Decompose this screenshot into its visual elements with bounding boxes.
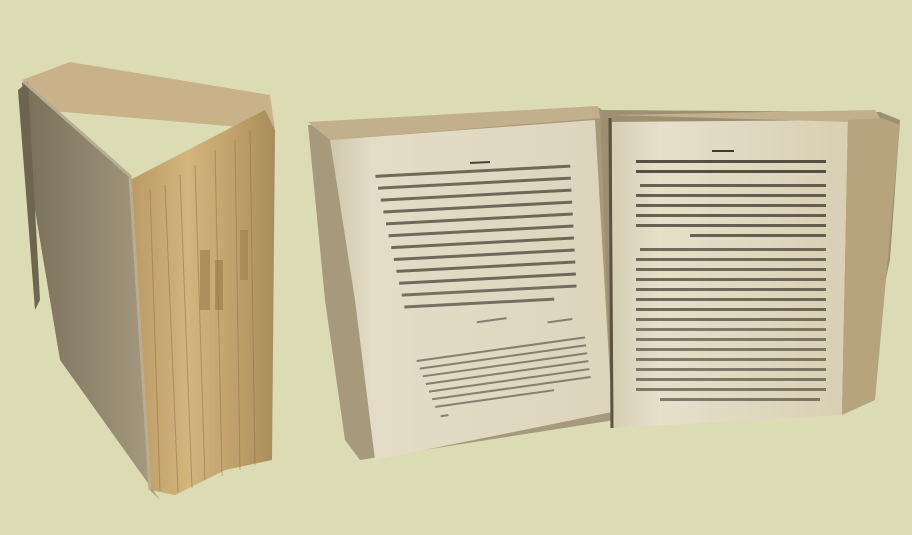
closed-book bbox=[18, 62, 275, 500]
photo-scene bbox=[0, 0, 912, 535]
books-illustration bbox=[0, 0, 912, 535]
right-page bbox=[612, 120, 848, 428]
open-book bbox=[308, 106, 900, 460]
